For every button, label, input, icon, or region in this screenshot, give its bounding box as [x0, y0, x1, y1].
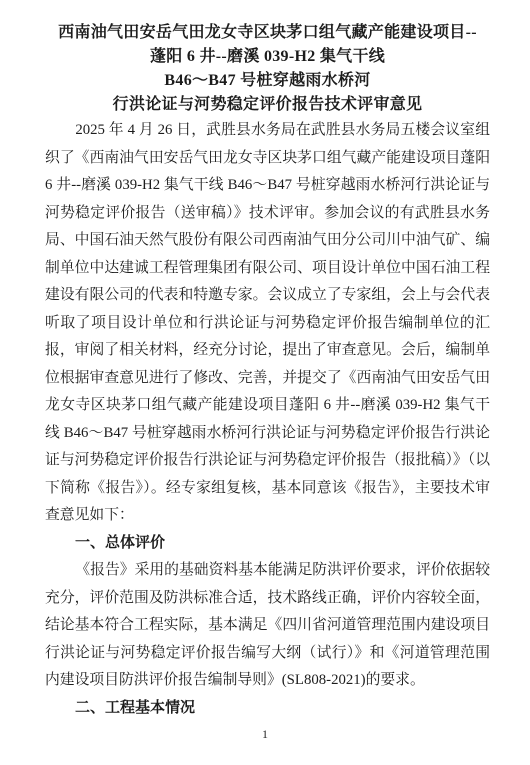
body-text-line: 《报告》采用的基础资料基本能满足防洪评价要求，评价依据较 — [45, 557, 490, 585]
body-text-line: 充分，评价范围及防洪标准合适，技术路线正确，评价内容较全面， — [45, 585, 490, 613]
body-text-line: 2025 年 4 月 26 日，武胜县水务局在武胜县水务局五楼会议室组 — [45, 117, 490, 145]
document-title: 西南油气田安岳气田龙女寺区块茅口组气藏产能建设项目--蓬阳 6 井--磨溪 03… — [45, 21, 490, 117]
body-text-line: 建设有限公司的代表和特邀专家。会议成立了专家组，会上与会代表 — [45, 282, 490, 310]
document-title-line: 西南油气田安岳气田龙女寺区块茅口组气藏产能建设项目-- — [45, 21, 490, 45]
body-text-line: 报，审阅了相关材料，经充分讨论，提出了审查意见。会后，编制单 — [45, 337, 490, 365]
body-text-line: 下简称《报告》）。经专家组复核，基本同意该《报告》，主要技术审 — [45, 475, 490, 503]
body-text-line: 位根据审查意见进行了修改、完善，并提交了《西南油气田安岳气田 — [45, 365, 490, 393]
body-text-line: 线 B46～B47 号桩穿越雨水桥河行洪论证与河势稳定评价报告行洪论 — [45, 420, 490, 448]
body-text-line: 证与河势稳定评价报告行洪论证与河势稳定评价报告（报批稿）》（以 — [45, 447, 490, 475]
document-page: 西南油气田安岳气田龙女寺区块茅口组气藏产能建设项目--蓬阳 6 井--磨溪 03… — [0, 0, 530, 765]
document-title-line: B46～B47 号桩穿越雨水桥河 — [45, 69, 490, 93]
document-body: 2025 年 4 月 26 日，武胜县水务局在武胜县水务局五楼会议室组织了《西南… — [45, 117, 490, 722]
body-text-line: 行洪论证与河势稳定评价报告编写大纲（试行）》和《河道管理范围 — [45, 640, 490, 668]
body-text-line: 查意见如下： — [45, 502, 490, 530]
body-text-line: 6 井--磨溪 039-H2 集气干线 B46～B47 号桩穿越雨水桥河行洪论证… — [45, 172, 490, 200]
body-text-line: 结论基本符合工程实际，基本满足《四川省河道管理范围内建设项目 — [45, 612, 490, 640]
paragraph-overall-evaluation: 《报告》采用的基础资料基本能满足防洪评价要求，评价依据较充分，评价范围及防洪标准… — [45, 557, 490, 695]
body-text-line: 织了《西南油气田安岳气田龙女寺区块茅口组气藏产能建设项目蓬阳 — [45, 145, 490, 173]
page-number: 1 — [0, 727, 530, 742]
paragraph-meeting-overview: 2025 年 4 月 26 日，武胜县水务局在武胜县水务局五楼会议室组织了《西南… — [45, 117, 490, 530]
body-text-line: 内建设项目防洪评价报告编制导则》(SL808-2021)的要求。 — [45, 667, 490, 695]
document-title-line: 蓬阳 6 井--磨溪 039-H2 集气干线 — [45, 45, 490, 69]
document-title-line: 行洪论证与河势稳定评价报告技术评审意见 — [45, 93, 490, 117]
body-text-line: 河势稳定评价报告（送审稿）》技术评审。参加会议的有武胜县水务 — [45, 200, 490, 228]
body-text-line: 制单位中达建诚工程管理集团有限公司、项目设计单位中国石油工程 — [45, 255, 490, 283]
section-heading-overall-evaluation: 一、总体评价 — [45, 530, 490, 558]
section-heading-project-basic-info: 二、工程基本情况 — [45, 695, 490, 723]
body-text-line: 局、中国石油天然气股份有限公司西南油气田分公司川中油气矿、编 — [45, 227, 490, 255]
body-text-line: 听取了项目设计单位和行洪论证与河势稳定评价报告编制单位的汇 — [45, 310, 490, 338]
body-text-line: 龙女寺区块茅口组气藏产能建设项目蓬阳 6 井--磨溪 039-H2 集气干 — [45, 392, 490, 420]
